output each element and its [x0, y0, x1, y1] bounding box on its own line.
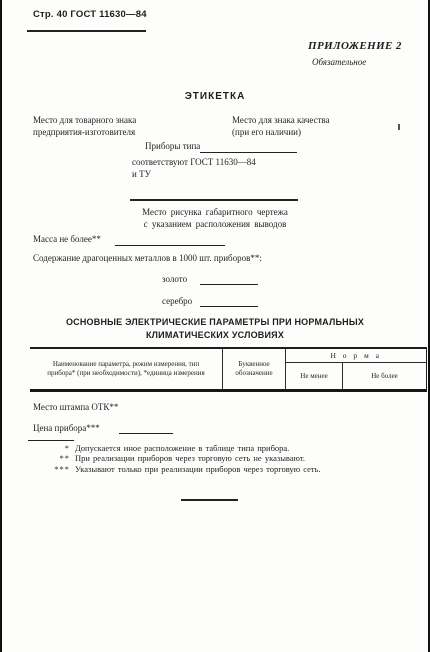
print-artifact: [398, 124, 400, 130]
precious-metals-label: Содержание драгоценных металлов в 1000 ш…: [33, 253, 262, 263]
silver-label: серебро: [162, 296, 192, 306]
trademark-note-line1: Место для товарного знака: [33, 115, 136, 127]
header-rule: [27, 30, 146, 32]
table-col-norm-group: Н о р м а Не менее Не более: [286, 349, 426, 389]
trademark-note: Место для товарного знака предприятия-из…: [33, 115, 136, 138]
conformance-line2: и ТУ: [132, 169, 256, 181]
footnote-separator-rule: [28, 440, 74, 441]
gold-blank-line: [200, 284, 258, 285]
table-title-line2: КЛИМАТИЧЕСКИХ УСЛОВИЯХ: [0, 329, 430, 342]
footnote-marker: *: [28, 443, 75, 453]
table-col-not-less: Не менее: [286, 363, 343, 389]
table-col-not-more: Не более: [343, 363, 426, 389]
parameters-table: Наименование параметра, режим измерения,…: [30, 347, 427, 392]
mass-blank-line: [115, 245, 225, 246]
conformance-line1: соответствуют ГОСТ 11630—84: [132, 157, 256, 169]
footnotes: * Допускается иное расположение в таблиц…: [28, 443, 420, 474]
footnote-marker: ***: [28, 464, 75, 474]
footnote-marker: **: [28, 453, 75, 463]
quality-mark-note: Место для знака качества (при его наличи…: [232, 115, 330, 138]
footnote-row: ** При реализации приборов через торгову…: [28, 453, 420, 463]
table-norm-subrow: Не менее Не более: [286, 363, 426, 389]
drawing-note: Место рисунка габаритного чертежа с указ…: [100, 206, 330, 230]
mass-label: Масса не более**: [33, 234, 101, 244]
drawing-note-line2: с указанием расположения выводов: [100, 218, 330, 230]
gost-document-page: Стр. 40 ГОСТ 11630—84 ПРИЛОЖЕНИЕ 2 Обяза…: [0, 0, 430, 652]
trademark-note-line2: предприятия-изготовителя: [33, 127, 136, 139]
label-title: ЭТИКЕТКА: [0, 91, 430, 102]
otk-stamp-label: Место штампа ОТК**: [33, 402, 118, 412]
drawing-note-line1: Место рисунка габаритного чертежа: [100, 206, 330, 218]
table-title: ОСНОВНЫЕ ЭЛЕКТРИЧЕСКИЕ ПАРАМЕТРЫ ПРИ НОР…: [0, 316, 430, 341]
table-col-norm: Н о р м а: [286, 349, 426, 363]
quality-mark-note-line1: Место для знака качества: [232, 115, 330, 127]
bottom-rule: [181, 499, 238, 501]
footnote-text: При реализации приборов через торговую с…: [75, 453, 420, 463]
quality-mark-note-line2: (при его наличии): [232, 127, 330, 139]
footnote-text: Допускается иное расположение в таблице …: [75, 443, 420, 453]
table-title-line1: ОСНОВНЫЕ ЭЛЕКТРИЧЕСКИЕ ПАРАМЕТРЫ ПРИ НОР…: [0, 316, 430, 329]
table-col-letter-designation: Буквенное обозначение: [223, 349, 286, 389]
silver-blank-line: [200, 306, 258, 307]
appendix-title: ПРИЛОЖЕНИЕ 2: [308, 40, 402, 52]
device-type-label: Приборы типа: [145, 141, 200, 151]
page-header: Стр. 40 ГОСТ 11630—84: [33, 9, 147, 20]
footnote-row: *** Указывают только при реализации приб…: [28, 464, 420, 474]
appendix-subtitle: Обязательное: [312, 57, 366, 67]
device-type-blank-line: [200, 152, 297, 153]
price-label: Цена прибора***: [33, 423, 100, 433]
drawing-separator-rule: [130, 199, 298, 201]
footnote-text: Указывают только при реализации приборов…: [75, 464, 420, 474]
footnote-row: * Допускается иное расположение в таблиц…: [28, 443, 420, 453]
conformance-note: соответствуют ГОСТ 11630—84 и ТУ: [132, 157, 256, 180]
table-col-parameter: Наименование параметра, режим измерения,…: [30, 349, 223, 389]
price-blank-line: [119, 433, 173, 434]
gold-label: золото: [162, 274, 187, 284]
